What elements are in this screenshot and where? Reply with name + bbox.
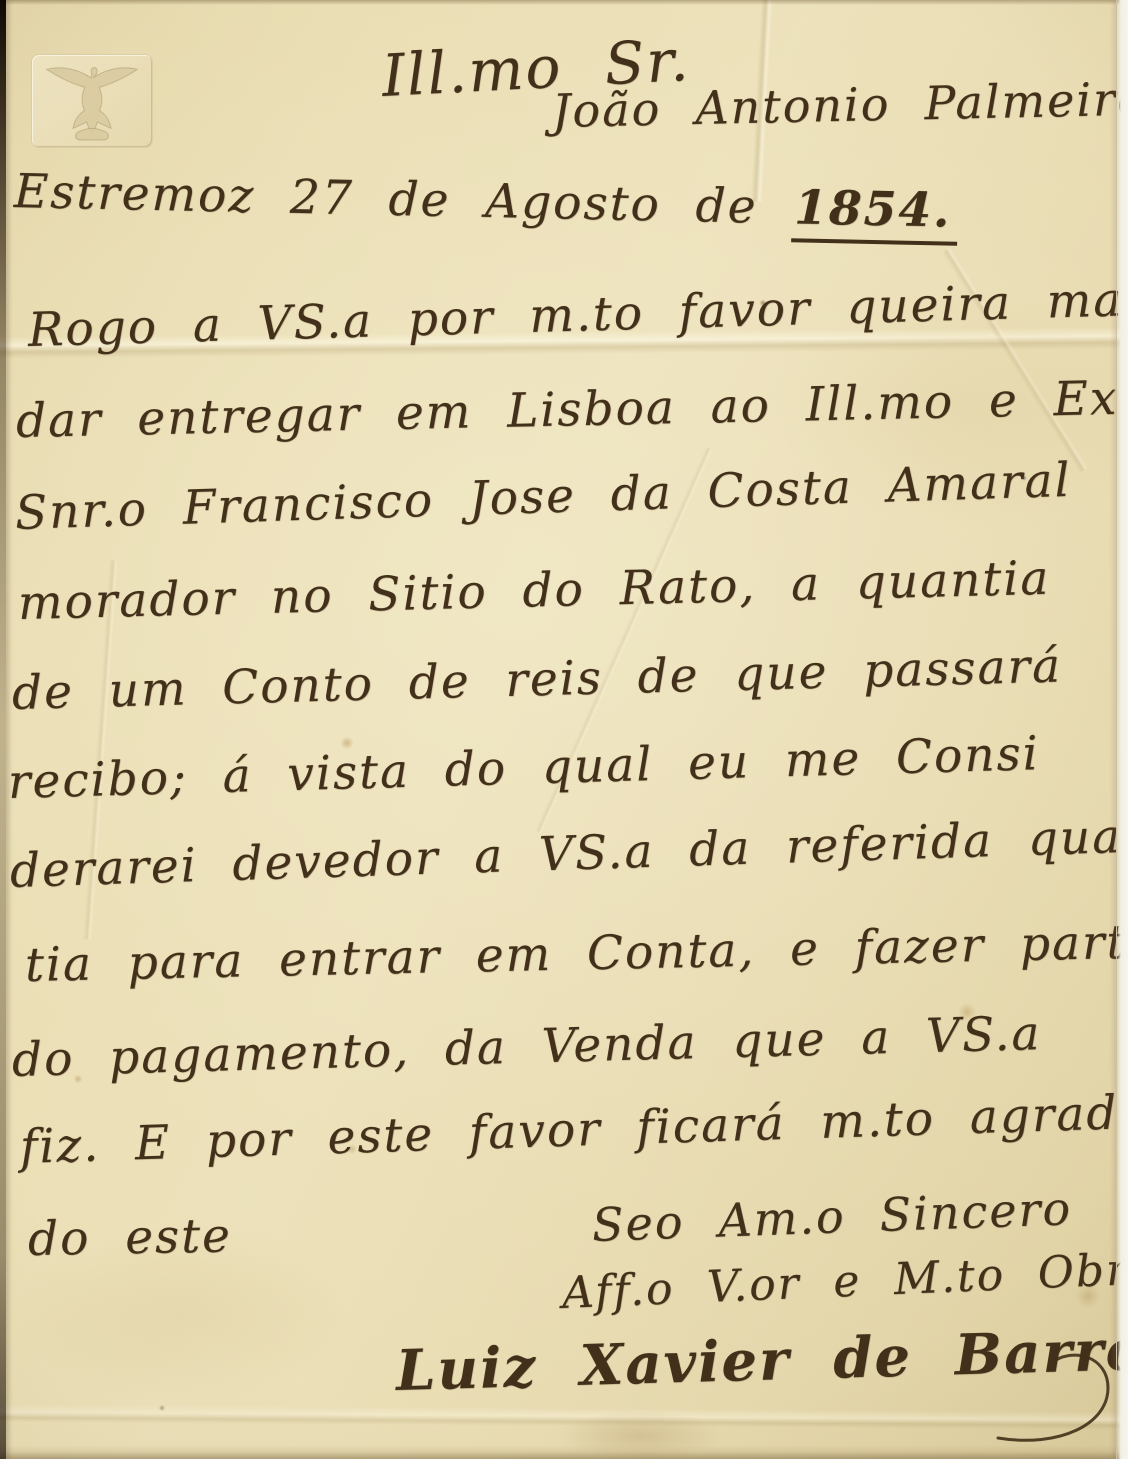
letter-paper: Ill.mo Sr. João Antonio Palmeiro Estremo… bbox=[0, 0, 1128, 1459]
signature-flourish bbox=[992, 1342, 1118, 1450]
letter-line: morador no Sitio do Rato, a quantia bbox=[17, 551, 1051, 631]
bottom-edge-shadow bbox=[0, 1445, 1128, 1459]
dateline-place-date: Estremoz 27 de Agosto de bbox=[13, 164, 758, 235]
letter-line: fiz. E por este favor ficará m.to agrade… bbox=[19, 1083, 1128, 1175]
letter-line: Snr.o Francisco Jose da Costa Amaral bbox=[14, 453, 1072, 541]
letter-line: recibo; á vista do qual eu me Consi bbox=[7, 726, 1040, 810]
letter-line: de um Conto de reis de que passará bbox=[11, 639, 1062, 721]
left-scan-edge bbox=[0, 0, 6, 1459]
letter-line: do este bbox=[28, 1208, 233, 1267]
scanned-letter: Ill.mo Sr. João Antonio Palmeiro Estremo… bbox=[0, 0, 1128, 1459]
letter-line: derarei devedor a VS.a da referida quan bbox=[9, 808, 1128, 899]
heading-recipient: João Antonio Palmeiro bbox=[551, 72, 1128, 138]
embossed-eagle-seal bbox=[32, 55, 152, 147]
closing-line-1: Seo Am.o Sincero bbox=[591, 1181, 1073, 1252]
dateline: Estremoz 27 de Agosto de 1854. bbox=[13, 164, 958, 239]
right-scan-margin bbox=[1116, 0, 1128, 1459]
letter-line: dar entregar em Lisboa ao Ill.mo e Ex.mo bbox=[15, 369, 1128, 449]
top-edge-shadow bbox=[0, 0, 1128, 5]
dateline-year: 1854. bbox=[792, 180, 958, 245]
eagle-icon bbox=[38, 61, 146, 141]
letter-line: do pagamento, da Venda que a VS.a bbox=[11, 1006, 1042, 1088]
bottom-fold-crease bbox=[0, 1404, 1128, 1430]
letter-line: Rogo a VS.a por m.to favor queira man bbox=[27, 272, 1128, 358]
letter-line: tia para entrar em Conta, e fazer parte bbox=[24, 914, 1128, 993]
closing-line-2: Aff.o V.or e M.to Obr.o bbox=[561, 1243, 1128, 1319]
